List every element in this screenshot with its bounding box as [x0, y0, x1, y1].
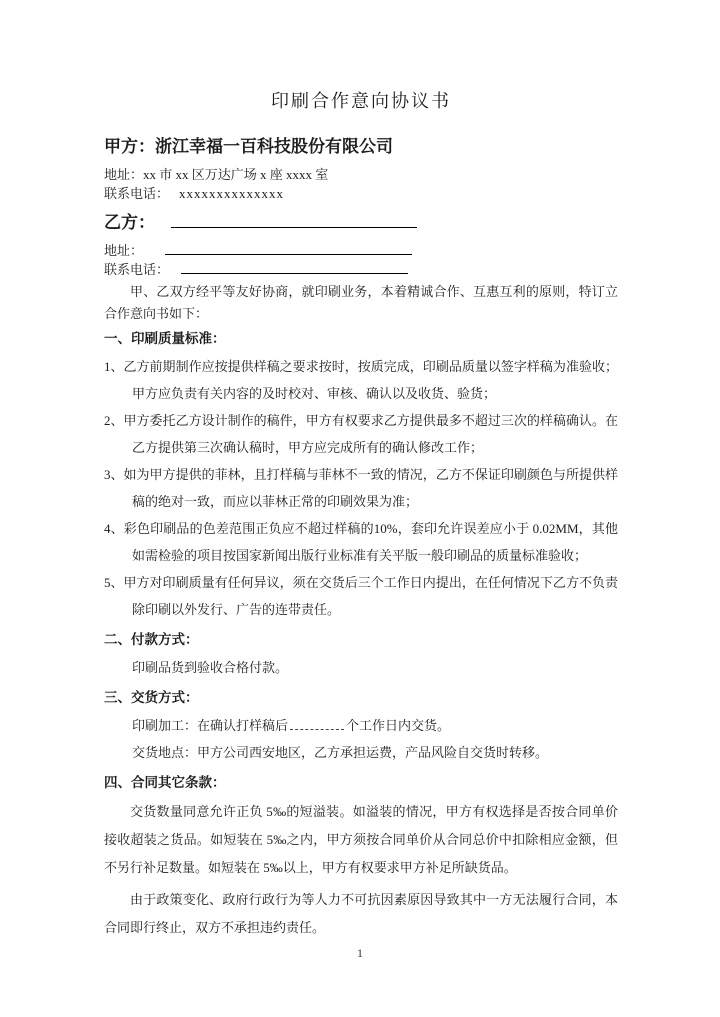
party-a-name: 浙江幸福一百科技股份有限公司 — [155, 137, 393, 156]
intro-paragraph: 甲、乙双方经平等友好协商，就印刷业务，本着精诚合作、互惠互利的原则，特订立合作意… — [104, 281, 618, 325]
workdays-blank-field[interactable] — [290, 717, 344, 730]
party-b-address-line: 地址： — [104, 241, 618, 260]
section-3-heading: 三、交货方式： — [104, 687, 618, 709]
party-a-phone-value: xxxxxxxxxxxxxx — [179, 186, 284, 201]
party-b-phone-line: 联系电话： — [104, 260, 618, 279]
quality-item-1: 1、乙方前期制作应按提供样稿之要求按时，按质完成，印刷品质量以签字样稿为准验收；… — [104, 353, 618, 407]
other-terms-paragraph-1: 交货数量同意允许正负 5‰的短溢装。如溢装的情况，甲方有权选择是否按合同单价接收… — [104, 798, 618, 882]
page-number: 1 — [0, 946, 720, 961]
party-b-phone-label: 联系电话： — [104, 262, 169, 277]
section-2-heading: 二、付款方式： — [104, 629, 618, 651]
delivery-place-line: 交货地点：甲方公司西安地区，乙方承担运费，产品风险自交货时转移。 — [132, 739, 618, 766]
party-a-heading: 甲方：浙江幸福一百科技股份有限公司 — [104, 136, 618, 158]
party-b-name-blank-field[interactable] — [171, 214, 417, 228]
party-a-address-value: xx 市 xx 区万达广场 x 座 xxxx 室 — [143, 167, 328, 182]
party-a-address-line: 地址：xx 市 xx 区万达广场 x 座 xxxx 室 — [104, 165, 618, 184]
party-a-block: 甲方：浙江幸福一百科技股份有限公司 地址：xx 市 xx 区万达广场 x 座 x… — [104, 136, 618, 203]
party-b-label: 乙方： — [104, 213, 155, 232]
party-b-address-blank-field[interactable] — [165, 241, 412, 255]
document-title: 印刷合作意向协议书 — [104, 88, 618, 114]
party-a-address-label: 地址： — [104, 167, 143, 182]
quality-item-3: 3、如为甲方提供的菲林，且打样稿与菲林不一致的情况，乙方不保证印刷颜色与所提供样… — [104, 461, 618, 515]
quality-item-5: 5、甲方对印刷质量有任何异议，须在交货后三个工作日内提出，在任何情况下乙方不负责… — [104, 569, 618, 623]
party-b-address-label: 地址： — [104, 243, 143, 258]
document-page: 印刷合作意向协议书 甲方：浙江幸福一百科技股份有限公司 地址：xx 市 xx 区… — [0, 0, 720, 1017]
processing-line: 印刷加工：在确认打样稿后个工作日内交货。 — [132, 712, 618, 739]
payment-terms-line: 印刷品货到验收合格付款。 — [132, 654, 618, 681]
quality-item-2: 2、甲方委托乙方设计制作的稿件，甲方有权要求乙方提供最多不超过三次的样稿确认。在… — [104, 407, 618, 461]
party-a-phone-label: 联系电话： — [104, 186, 169, 201]
processing-text-post: 个工作日内交货。 — [346, 718, 450, 733]
processing-text-pre: 印刷加工：在确认打样稿后 — [132, 718, 288, 733]
party-a-phone-line: 联系电话：xxxxxxxxxxxxxx — [104, 184, 618, 203]
party-b-block: 乙方： 地址： 联系电话： — [104, 211, 618, 279]
other-terms-paragraph-2: 由于政策变化、政府行政行为等人力不可抗因素原因导致其中一方无法履行合同，本合同即… — [104, 886, 618, 942]
section-1-heading: 一、印刷质量标准： — [104, 328, 618, 350]
party-b-phone-blank-field[interactable] — [181, 260, 408, 274]
section-4-heading: 四、合同其它条款： — [104, 772, 618, 794]
party-b-heading: 乙方： — [104, 211, 618, 235]
party-a-label: 甲方： — [104, 137, 155, 156]
quality-item-4: 4、彩色印刷品的色差范围正负应不超过样稿的10%，套印允许误差应小于 0.02M… — [104, 515, 618, 569]
